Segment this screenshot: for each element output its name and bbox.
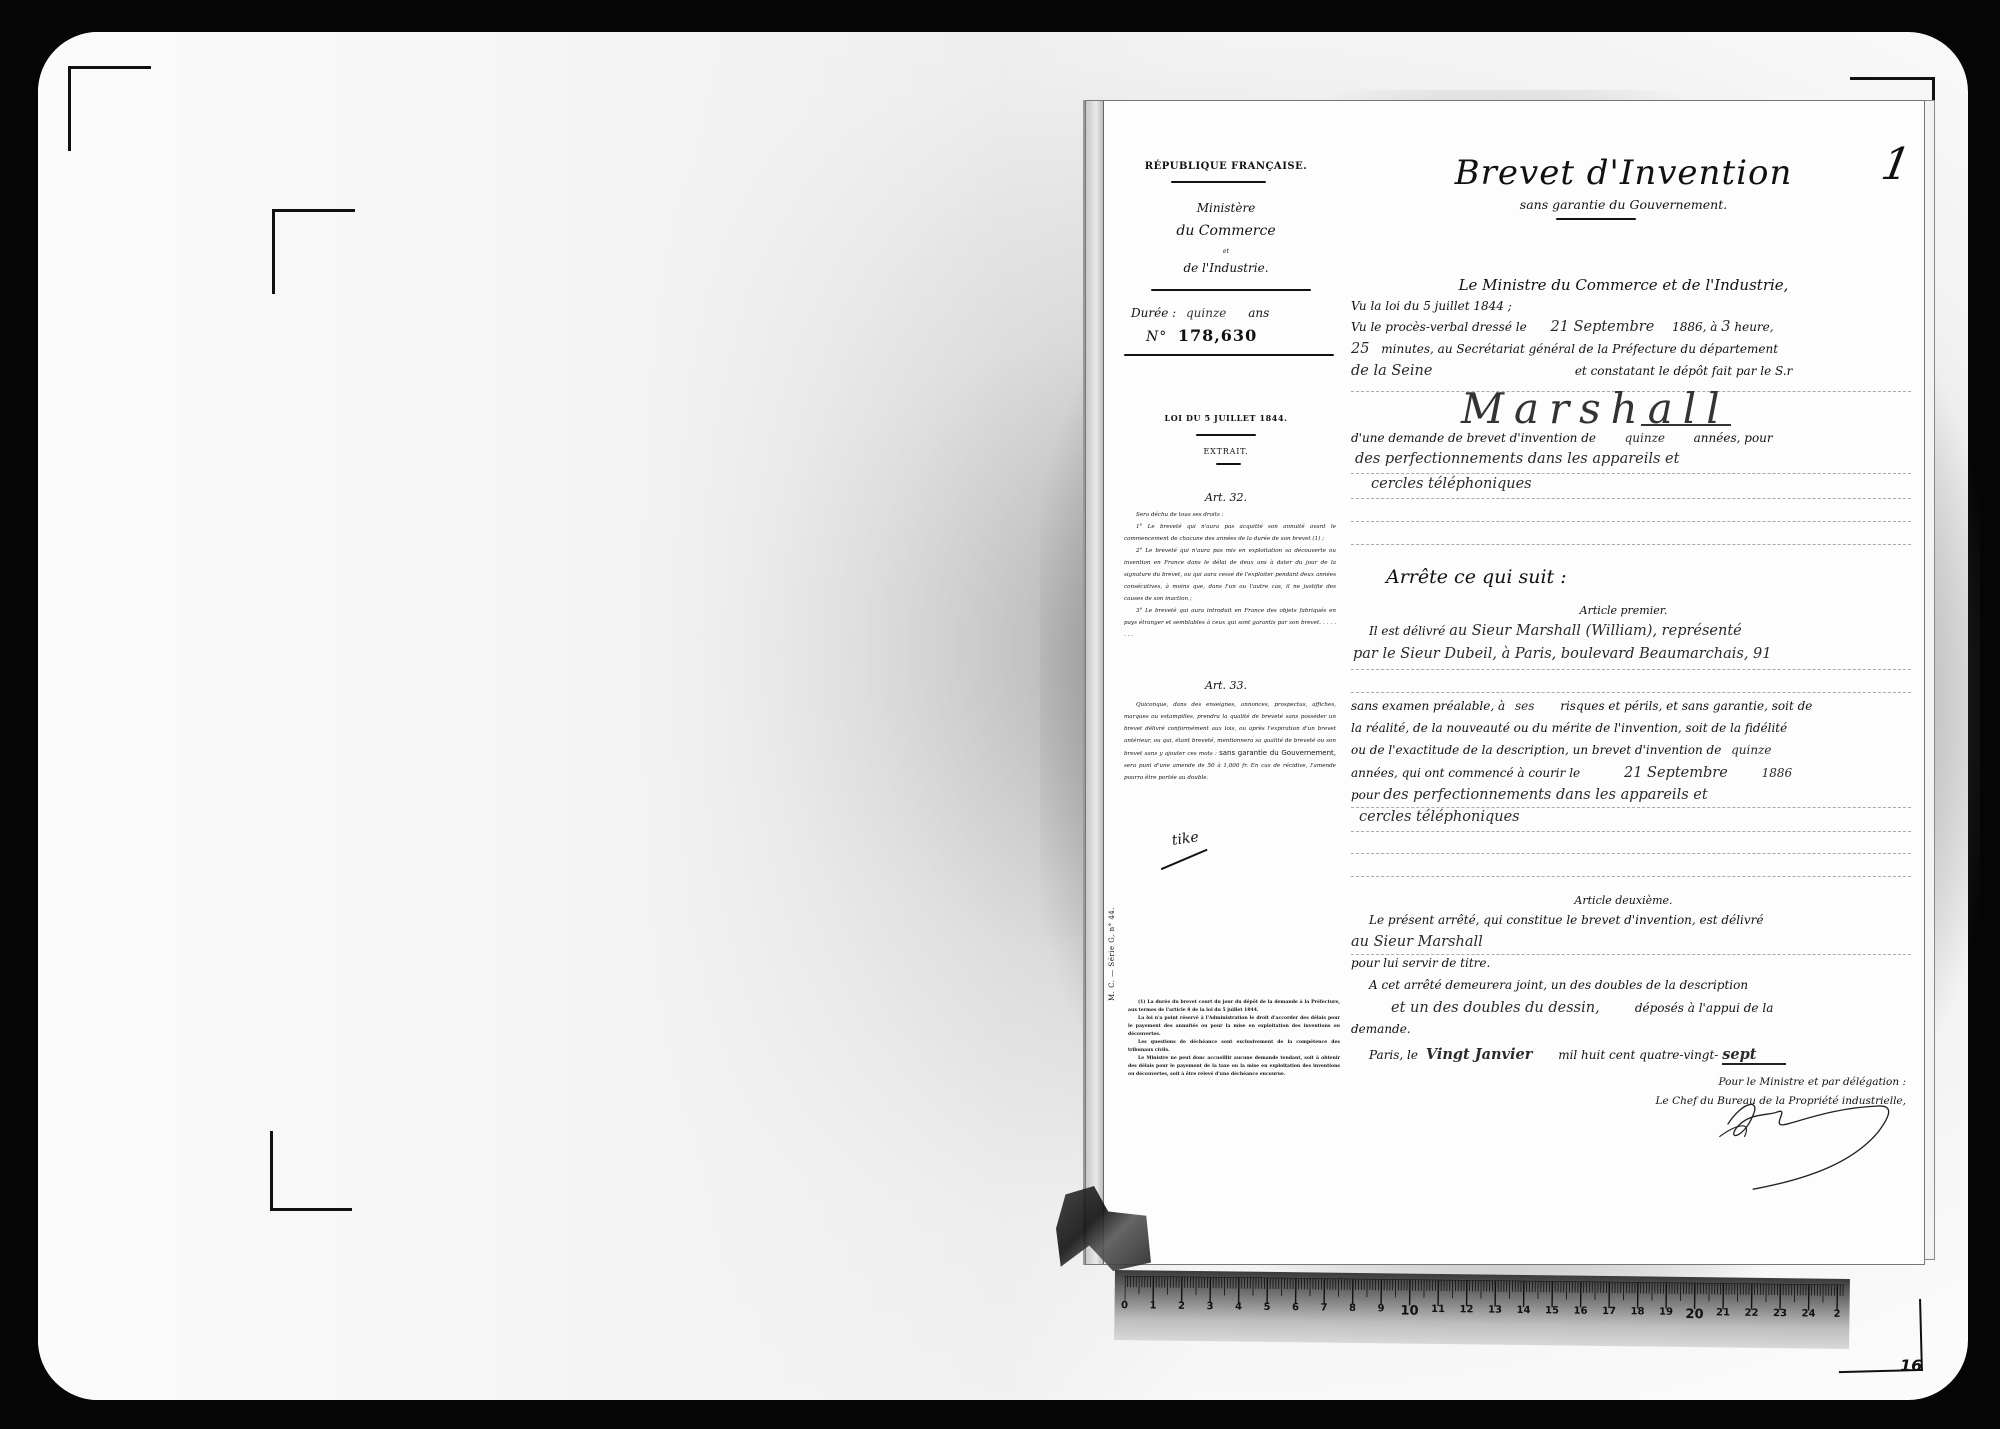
art1-objet-1: des perfectionnements dans les appareils… [1383, 787, 1707, 803]
art33-title: Art. 33. [1116, 679, 1336, 692]
paris-year-text: mil huit cent quatre-vingt- [1558, 1048, 1718, 1062]
vu-pv-date: 21 Septembre [1551, 319, 1655, 335]
pour-ministre: Pour le Ministre et par délégation : [1331, 1076, 1916, 1088]
ruler-label: 19 [1659, 1307, 1673, 1318]
ruled-line [1351, 498, 1911, 499]
ruler-label: 1 [1150, 1300, 1157, 1311]
demande-line: d'une demande de brevet d'invention de q… [1351, 431, 1911, 445]
ruled-line [1351, 831, 1911, 832]
art32-paragraph: 1° Le breveté qui n'aura pas acquitté so… [1124, 521, 1336, 545]
et-label: et [1116, 248, 1336, 255]
footnotes: (1) La durée du brevet court du jour du … [1128, 999, 1340, 1079]
ruled-line [1351, 521, 1911, 522]
ruler-label: 4 [1235, 1301, 1242, 1312]
document-spine [1086, 101, 1104, 1264]
ruler-label: 3 [1207, 1301, 1214, 1312]
footnote: (1) La durée du brevet court du jour du … [1128, 999, 1340, 1015]
minutes-text: minutes, au Secrétariat général de la Pr… [1381, 342, 1778, 356]
article-premier-title: Article premier. [1331, 604, 1916, 617]
paris-label: Paris, le [1369, 1048, 1418, 1062]
art2-line-4: A cet arrêté demeurera joint, un des dou… [1369, 978, 1929, 992]
art1-text: années, qui ont commencé à courir le [1351, 766, 1580, 780]
vu-pv-hour-label: heure, [1734, 320, 1773, 334]
ruler-label: 16 [1574, 1306, 1588, 1317]
art1-date: 21 Septembre [1624, 765, 1728, 781]
departement-line: de la Seine et constatant le dépôt fait … [1351, 363, 1911, 379]
vu-pv-hour: 3 [1721, 319, 1730, 335]
patent-document: RÉPUBLIQUE FRANÇAISE. Ministère du Comme… [1085, 100, 1925, 1265]
art1-line-4: la réalité, de la nouveauté ou du mérite… [1351, 721, 1911, 735]
art32-text: Sera déchu de tous ses droits : 1° Le br… [1124, 509, 1336, 641]
ruled-line [1351, 954, 1911, 955]
ruler-label: 17 [1602, 1306, 1616, 1317]
demande-annees: années, pour [1694, 431, 1773, 445]
ruler-label: 8 [1349, 1303, 1356, 1314]
vu-proces-verbal-line: Vu le procès-verbal dressé le 21 Septemb… [1351, 319, 1911, 335]
art33-emphasis: sans garantie du Gouvernement, [1219, 749, 1336, 757]
divider [1171, 181, 1266, 183]
art33-text-b: sera puni d'une amende de 50 à 1,000 fr.… [1124, 763, 1336, 781]
footnote: Les questions de déchéance sont exclusiv… [1128, 1039, 1340, 1055]
art1-objet-2: cercles téléphoniques [1359, 809, 1919, 825]
ruler-label: 23 [1773, 1308, 1787, 1319]
ruled-line [1351, 669, 1911, 670]
ruled-line [1351, 544, 1911, 545]
ruled-line [1351, 853, 1911, 854]
art2-line-3: pour lui servir de titre. [1351, 956, 1911, 970]
art32-paragraph: 3° Le breveté qui aura introduit en Fran… [1124, 605, 1336, 641]
serie-reference: M. C. — Série G, n° 44. [1108, 907, 1116, 1001]
art1-ses: ses [1515, 699, 1534, 713]
paris-date-line: Paris, le Vingt Janvier mil huit cent qu… [1369, 1046, 1929, 1063]
numero-label: N° [1146, 329, 1167, 345]
vu-loi-line: Vu la loi du 5 juillet 1844 ; [1351, 299, 1911, 313]
departement-value: de la Seine [1351, 363, 1571, 379]
art2-hand-2: et un des doubles du dessin, [1391, 1000, 1631, 1016]
ruler-label: 22 [1744, 1308, 1758, 1319]
divider [1216, 463, 1241, 465]
art2-line-5: et un des doubles du dessin, déposés à l… [1391, 1000, 1951, 1016]
duree-label: Durée : [1131, 306, 1176, 320]
ruler-label: 18 [1630, 1306, 1644, 1317]
ruler-label: 10 [1400, 1303, 1418, 1318]
industrie-label: de l'Industrie. [1116, 261, 1336, 275]
ruler-label: 2 [1178, 1301, 1185, 1312]
footnote: La loi n'a point réservé à l'Administrat… [1128, 1015, 1340, 1039]
ruler-label: 13 [1488, 1305, 1502, 1316]
duree-unit: ans [1248, 306, 1269, 320]
patent-number: N° 178,630 [1146, 326, 1326, 345]
ruler-label: 11 [1431, 1304, 1445, 1315]
art1-line-1: Il est délivré au Sieur Marshall (Willia… [1369, 623, 1929, 639]
ruled-line [1351, 473, 1911, 474]
crop-mark-top-left-inner [272, 209, 355, 294]
art1-line-7: pour des perfectionnements dans les appa… [1351, 787, 1911, 803]
duree-field: Durée : quinze ans [1131, 306, 1331, 320]
objet-line-2: cercles téléphoniques [1371, 476, 1931, 492]
art1-beneficiary: au Sieur Marshall (William), représenté [1449, 623, 1742, 639]
art1-prefix: Il est délivré [1369, 624, 1445, 638]
arrete-heading: Arrête ce qui suit : [1386, 566, 1567, 588]
ruler-label: 20 [1685, 1307, 1703, 1322]
art1-pour: pour [1351, 788, 1379, 802]
numero-value: 178,630 [1178, 326, 1257, 345]
art1-line-5: ou de l'exactitude de la description, un… [1351, 743, 1911, 757]
republique-heading: RÉPUBLIQUE FRANÇAISE. [1116, 161, 1336, 172]
art1-line-3: sans examen préalable, à ses risques et … [1351, 699, 1911, 713]
signature [1691, 1091, 1931, 1191]
divider [1151, 289, 1311, 291]
art32-paragraph: Sera déchu de tous ses droits : [1124, 509, 1336, 521]
ruler-label: 15 [1545, 1305, 1559, 1316]
ministere-label: Ministère [1116, 201, 1336, 215]
paris-date: Vingt Janvier [1426, 1046, 1533, 1063]
demande-label: d'une demande de brevet d'invention de [1351, 431, 1596, 445]
ruler-label: 24 [1801, 1308, 1815, 1319]
ruler-label: 0 [1121, 1300, 1128, 1311]
ruler-label: 21 [1716, 1307, 1730, 1318]
ruler-label: 12 [1460, 1304, 1474, 1315]
crop-mark-bottom-left [270, 1131, 352, 1211]
art1-line-2: par le Sieur Dubeil, à Paris, boulevard … [1353, 646, 1913, 662]
ruled-line [1351, 876, 1911, 877]
right-column: 1 Brevet d'Invention sans garantie du Go… [1331, 101, 1916, 1264]
ruler-label: 9 [1377, 1303, 1384, 1314]
footnote: Le Ministre ne peut donc accueillir aucu… [1128, 1055, 1340, 1079]
document-subtitle: sans garantie du Gouvernement. [1331, 197, 1916, 212]
divider [1124, 354, 1334, 356]
paris-year-hand: sept [1722, 1046, 1786, 1065]
folio-number: 16 [1900, 1356, 1922, 1375]
divider [1556, 218, 1636, 220]
underline [1641, 424, 1731, 426]
vu-pv-label: Vu le procès-verbal dressé le [1351, 320, 1527, 334]
minister-heading: Le Ministre du Commerce et de l'Industri… [1331, 276, 1916, 294]
art1-duree: quinze [1731, 743, 1771, 757]
art1-text: sans examen préalable, à [1351, 699, 1505, 713]
divider [1196, 434, 1256, 436]
ruler-label: 7 [1320, 1303, 1327, 1314]
paraphe-initials: tike [1159, 828, 1212, 861]
article-deuxieme-title: Article deuxième. [1331, 894, 1916, 907]
loi-title: LOI DU 5 JUILLET 1844. [1116, 413, 1336, 423]
art1-line-6: années, qui ont commencé à courir le 21 … [1351, 765, 1911, 781]
art32-paragraph: 2° Le breveté qui n'aura pas mis en expl… [1124, 545, 1336, 605]
ruler-label: 5 [1264, 1302, 1271, 1313]
duree-value: quinze [1186, 306, 1226, 320]
ruled-line [1351, 692, 1911, 693]
art1-text: ou de l'exactitude de la description, un… [1351, 743, 1721, 757]
vu-pv-year: 1886, à [1672, 320, 1717, 334]
constatant-text: et constatant le dépôt fait par le S.r [1575, 364, 1793, 378]
art2-text: déposés à l'appui de la [1635, 1001, 1774, 1015]
art1-text: risques et périls, et sans garantie, soi… [1560, 699, 1812, 713]
crop-mark-top-left-outer [68, 66, 151, 151]
art2-line-6: demande. [1351, 1022, 1911, 1036]
ruler-label: 14 [1517, 1305, 1531, 1316]
commerce-label: du Commerce [1116, 223, 1336, 239]
document-title: Brevet d'Invention [1331, 153, 1916, 193]
left-column: RÉPUBLIQUE FRANÇAISE. Ministère du Comme… [1116, 101, 1336, 1264]
extrait-label: EXTRAIT. [1116, 447, 1336, 456]
art2-line-1: Le présent arrêté, qui constitue le brev… [1369, 913, 1929, 927]
minutes-value: 25 [1351, 341, 1369, 357]
minutes-line: 25 minutes, au Secrétariat général de la… [1351, 341, 1911, 357]
art1-year: 1886 [1762, 766, 1793, 780]
ruler-label: 6 [1292, 1302, 1299, 1313]
objet-line-1: des perfectionnements dans les appareils… [1355, 451, 1915, 467]
art32-title: Art. 32. [1116, 491, 1336, 504]
art2-beneficiary: au Sieur Marshall [1351, 934, 1911, 950]
measurement-ruler: 0 1 2 3 4 5 6 7 8 9 10 11 12 13 14 15 16… [1114, 1270, 1850, 1349]
ruled-line [1351, 807, 1911, 808]
demande-duree: quinze [1600, 431, 1690, 445]
art33-text: Quiconque, dans des enseignes, annonces,… [1124, 699, 1336, 784]
